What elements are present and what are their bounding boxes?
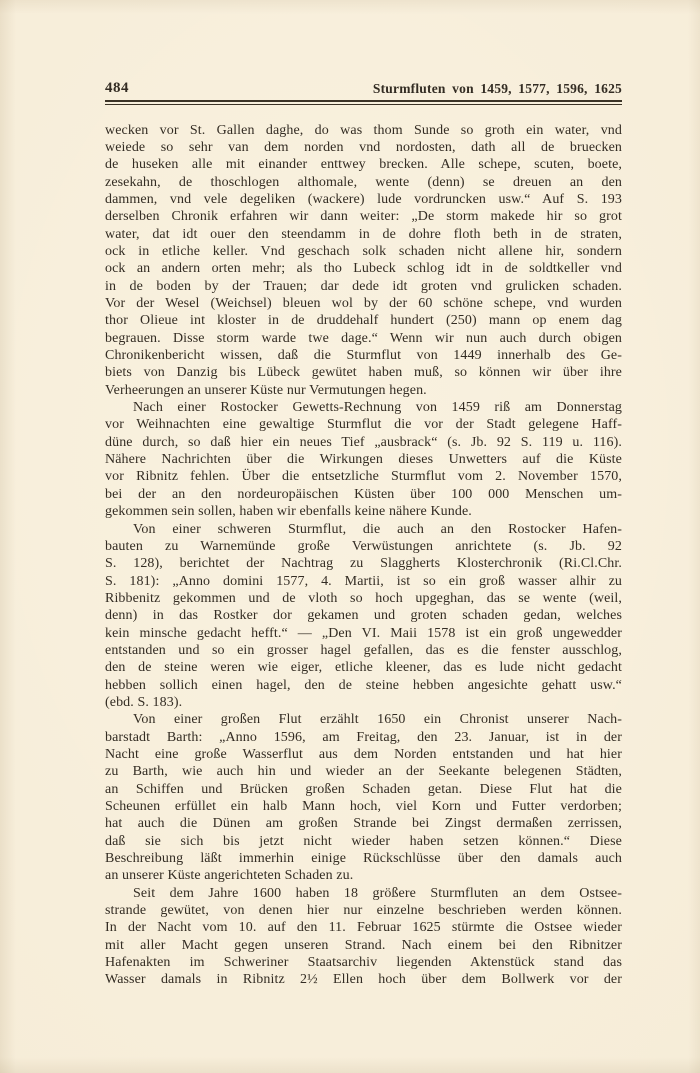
text-line: In der Nacht vom 10. auf den 11. Februar… — [105, 919, 622, 936]
paragraph: Von einer großen Flut erzählt 1650 ein C… — [105, 711, 622, 884]
text-line: weiede so sehr van dem norden vnd nordos… — [105, 139, 622, 156]
text-line: water, dat idt ouer den steendamm in de … — [105, 226, 622, 243]
running-title: Sturmfluten von 1459, 1577, 1596, 1625 — [373, 81, 622, 97]
text-line: kein minsche gedacht hefft.“ — „Den VI. … — [105, 625, 622, 642]
text-line: zesekahn, de thoschlogen althomale, went… — [105, 174, 622, 191]
text-line: düne durch, so daß hier ein neues Tief „… — [105, 434, 622, 451]
page-body: wecken vor St. Gallen daghe, do was thom… — [105, 122, 622, 989]
text-line: S. 128), berichtet der Nachtrag zu Slagg… — [105, 555, 622, 572]
paragraph: Nach einer Rostocker Gewetts-Rechnung vo… — [105, 399, 622, 520]
text-line: Hafenakten im Schweriner Staatsarchiv li… — [105, 954, 622, 971]
header-rule — [105, 100, 622, 105]
paragraph: wecken vor St. Gallen daghe, do was thom… — [105, 122, 622, 400]
text-line: daß sie sich bis jetzt nicht wieder habe… — [105, 833, 622, 850]
page-content: 484 Sturmfluten von 1459, 1577, 1596, 16… — [105, 0, 622, 989]
text-line: de huseken alle mit einander enttwey bre… — [105, 156, 622, 173]
text-line: wecken vor St. Gallen daghe, do was thom… — [105, 122, 622, 139]
text-line: in de boden by der Trauen; dar dede idt … — [105, 278, 622, 295]
text-line: an unserer Küste angerichteten Schaden z… — [105, 867, 622, 884]
text-line: barstadt Barth: „Anno 1596, am Freitag, … — [105, 729, 622, 746]
text-line: Verheerungen an unserer Küste nur Vermut… — [105, 382, 622, 399]
text-line: den de steine weren wie eiger, etliche k… — [105, 659, 622, 676]
text-line: biets von Danzig bis Lübeck gewütet habe… — [105, 364, 622, 381]
text-line: Beschreibung läßt immerhin einige Rücksc… — [105, 850, 622, 867]
text-line: (ebd. S. 183). — [105, 694, 622, 711]
text-line: Chronikenbericht wissen, daß die Sturmfl… — [105, 347, 622, 364]
text-line: gekommen sein sollen, haben wir ebenfall… — [105, 503, 622, 520]
text-line: S. 181): „Anno domini 1577, 4. Martii, i… — [105, 573, 622, 590]
text-line: Seit dem Jahre 1600 haben 18 größere Stu… — [105, 885, 622, 902]
paragraph: Seit dem Jahre 1600 haben 18 größere Stu… — [105, 885, 622, 989]
text-line: zu Barth, wie auch hin und wieder an der… — [105, 763, 622, 780]
text-line: Von einer großen Flut erzählt 1650 ein C… — [105, 711, 622, 728]
text-line: Wasser damals in Ribnitz 2½ Ellen hoch ü… — [105, 971, 622, 988]
text-line: bei der an den nordeuropäischen Küsten ü… — [105, 486, 622, 503]
text-line: hebben sollich einen hagel, den de stein… — [105, 677, 622, 694]
text-line: Nähere Nachrichten über die Wirkungen di… — [105, 451, 622, 468]
page-header: 484 Sturmfluten von 1459, 1577, 1596, 16… — [105, 0, 622, 97]
paragraph: Von einer schweren Sturmflut, die auch a… — [105, 521, 622, 712]
text-line: Vor der Wesel (Weichsel) bleuen wol by d… — [105, 295, 622, 312]
text-line: mit aller Macht gegen unseren Strand. Na… — [105, 937, 622, 954]
scanned-book-page: 484 Sturmfluten von 1459, 1577, 1596, 16… — [0, 0, 700, 1073]
text-line: denn) in das Rostker dor gekamen und gro… — [105, 607, 622, 624]
text-line: Nach einer Rostocker Gewetts-Rechnung vo… — [105, 399, 622, 416]
text-line: entstanden und so ein grosser hagel gefa… — [105, 642, 622, 659]
text-line: Scheunen erfüllet ein halb Mann hoch, vi… — [105, 798, 622, 815]
text-line: hat auch die Dünen am großen Strande bei… — [105, 815, 622, 832]
page-number: 484 — [105, 80, 129, 97]
text-line: Nacht eine große Wasserflut aus dem Nord… — [105, 746, 622, 763]
text-line: Ribbenitz gekommen und de vloth so hoch … — [105, 590, 622, 607]
text-line: strande gewütet, von denen hier nur einz… — [105, 902, 622, 919]
text-line: derselben Chronik erfahren wir dann weit… — [105, 208, 622, 225]
text-line: dammen, vnd vele degeliken (wackere) lud… — [105, 191, 622, 208]
text-line: vor Ribnitz fehlen. Über die entsetzlich… — [105, 468, 622, 485]
text-line: vor Weihnachten eine gewaltige Sturmflut… — [105, 416, 622, 433]
text-line: ock in etliche keller. Vnd geschach solk… — [105, 243, 622, 260]
text-line: ock an andern orten mehr; als tho Lubeck… — [105, 260, 622, 277]
text-line: Von einer schweren Sturmflut, die auch a… — [105, 521, 622, 538]
text-line: an Schiffen und Brücken großen Schaden g… — [105, 781, 622, 798]
text-line: bauten zu Warnemünde große Verwüstungen … — [105, 538, 622, 555]
text-line: thor Olieue int kloster in de druddehalf… — [105, 312, 622, 329]
text-line: begrauen. Disse storm warde twe dage.“ W… — [105, 330, 622, 347]
